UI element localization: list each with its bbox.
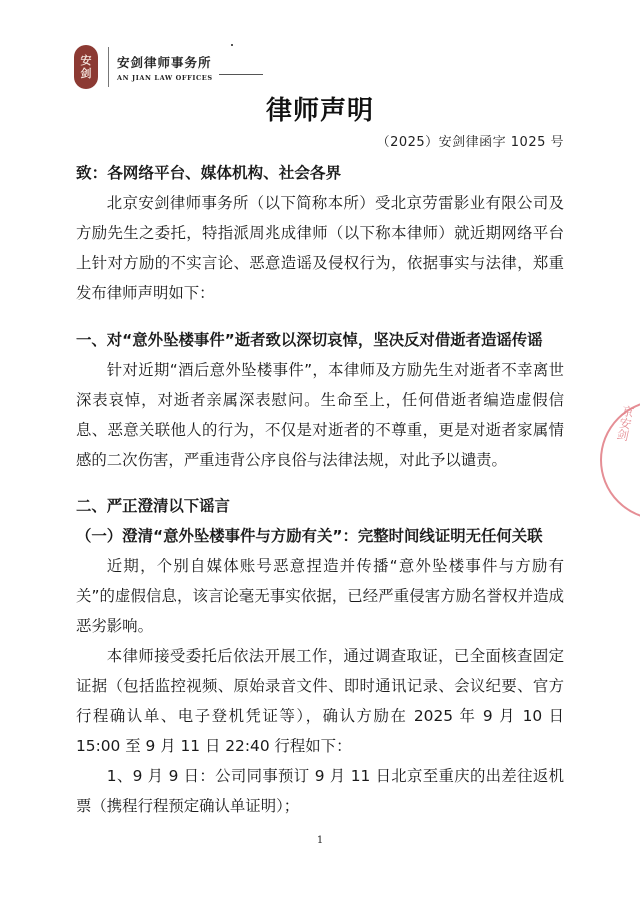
firm-logo-icon: 安 剑 <box>74 45 98 89</box>
section-2-paragraph: 近期，个别自媒体账号恶意捏造并传播“意外坠楼事件与方励有关”的虚假信息，该言论毫… <box>76 551 564 641</box>
section-2-heading: 二、严正澄清以下谣言 <box>76 491 564 521</box>
page-number: 1 <box>0 835 640 846</box>
firm-name-cn: 安剑律师事务所 <box>117 53 213 71</box>
timeline-item: 1、9 月 9 日：公司同事预订 9 月 11 日北京至重庆的出差往返机票（携程… <box>76 761 564 821</box>
section-2-paragraph: 本律师接受委托后依法开展工作，通过调查取证，已全面核查固定证据（包括监控视频、原… <box>76 641 564 761</box>
logo-divider <box>108 47 109 87</box>
intro-paragraph: 北京安剑律师事务所（以下简称本所）受北京劳雷影业有限公司及方励先生之委托，特指派… <box>76 188 564 308</box>
document-reference-number: （2025）安剑律函字 1025 号 <box>377 131 564 150</box>
logo-glyph-top: 安 <box>81 54 92 67</box>
spacer <box>76 308 564 325</box>
addressee: 致：各网络平台、媒体机构、社会各界 <box>76 158 564 188</box>
document-body: 致：各网络平台、媒体机构、社会各界 北京安剑律师事务所（以下简称本所）受北京劳雷… <box>76 158 564 821</box>
logo-glyph-bottom: 剑 <box>81 67 92 80</box>
letterhead: 安 剑 安剑律师事务所 AN JIAN LAW OFFICES <box>74 42 263 92</box>
scan-speck <box>231 44 233 46</box>
firm-names: 安剑律师事务所 AN JIAN LAW OFFICES <box>117 53 213 82</box>
section-1-paragraph: 针对近期“酒后意外坠楼事件”，本律师及方励先生对逝者不幸离世深表哀悼，对逝者亲属… <box>76 355 564 475</box>
stamp-text: 京安剑 <box>607 402 640 443</box>
firm-name-en: AN JIAN LAW OFFICES <box>117 74 213 82</box>
spacer <box>76 475 564 491</box>
header-rule <box>219 74 263 75</box>
section-1-heading: 一、对“意外坠楼事件”逝者致以深切哀悼，坚决反对借逝者造谣传谣 <box>76 325 564 355</box>
document-title: 律师声明 <box>0 90 640 127</box>
section-2-subheading: （一）澄清“意外坠楼事件与方励有关”：完整时间线证明无任何关联 <box>76 521 564 551</box>
